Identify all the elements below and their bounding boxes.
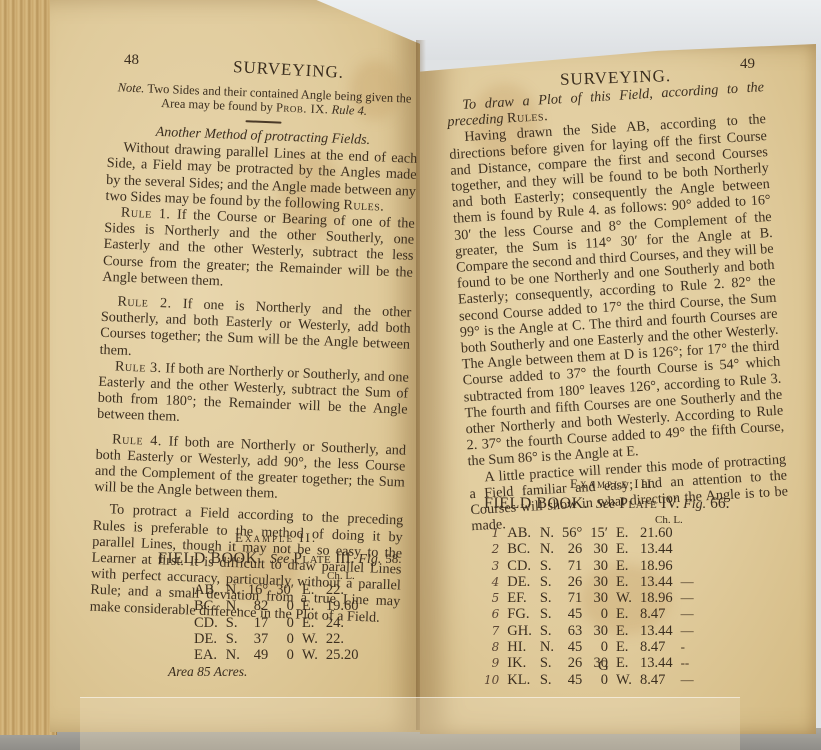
page-number: 48 bbox=[124, 52, 139, 69]
area-note: Area 85 Acres. bbox=[168, 664, 247, 680]
table-row: 8HI.N.450E.8.47- bbox=[480, 639, 698, 655]
table-row: 10KL.S.450W.8.47— bbox=[480, 672, 698, 688]
intro-paragraph: Without drawing parallel Lines at the en… bbox=[105, 139, 417, 216]
table-row: 1AB.N.56°15′E.21.60 bbox=[480, 525, 698, 541]
rule-2: Rule 2. If one is Northerly and the othe… bbox=[99, 293, 411, 370]
paragraph-1: Having drawn the Side AB, according to t… bbox=[448, 111, 786, 470]
column-header: Ch. L. bbox=[327, 570, 355, 582]
table-row: EA.N.490W.25.20 bbox=[190, 647, 362, 663]
example-title: Example III. bbox=[570, 476, 658, 492]
example-title: Example II. bbox=[235, 530, 317, 546]
printer-signature: G bbox=[598, 658, 609, 675]
field-book-heading: FIELD BOOK. See Plate IV. Fig. 66. bbox=[484, 495, 729, 513]
table-row: 2BC.N.2630E.13.44 bbox=[480, 541, 698, 557]
table-row: 7GH.S.6330E.13.44— bbox=[480, 623, 698, 639]
field-book-heading: FIELD BOOK. See Plate III. Fig. 58. bbox=[158, 550, 401, 568]
scan-overlay-band bbox=[80, 697, 740, 750]
rule-3: Rule 3. If both are Northerly or Souther… bbox=[97, 358, 409, 435]
field-book-table: AB.N.16°30′E.22. BC.N.820E.19.60 CD.S.17… bbox=[190, 582, 362, 663]
rule-1: Rule 1. If the Course or Bearing of one … bbox=[102, 204, 415, 297]
table-row: 5EF.S.7130W.18.96— bbox=[480, 590, 698, 606]
table-row: CD.S.170E.24. bbox=[190, 615, 362, 631]
field-book-table: 1AB.N.56°15′E.21.60 2BC.N.2630E.13.44 3C… bbox=[480, 525, 698, 688]
table-row: BC.N.820E.19.60 bbox=[190, 598, 362, 614]
table-row: AB.N.16°30′E.22. bbox=[190, 582, 362, 598]
running-head: SURVEYING. bbox=[233, 57, 345, 83]
section-divider bbox=[245, 120, 281, 123]
book-fore-edge bbox=[0, 0, 57, 735]
table-row: 4DE.S.2630E.13.44— bbox=[480, 574, 698, 590]
table-row: 3CD.S.7130E.18.96 bbox=[480, 558, 698, 574]
table-row: 6FG.S.450E.8.47— bbox=[480, 606, 698, 622]
table-row: 9IK.S.2630E.13.44-- bbox=[480, 655, 698, 671]
right-text-body: To draw a Plot of this Field, according … bbox=[446, 79, 789, 535]
right-page: 49 SURVEYING. To draw a Plot of this Fie… bbox=[420, 44, 816, 734]
page-number: 49 bbox=[740, 56, 755, 73]
left-page: 48 SURVEYING. Note. Two Sides and their … bbox=[50, 0, 420, 732]
table-row: DE.S.370W.22. bbox=[190, 631, 362, 647]
rule-4: Rule 4. If both are Northerly or Souther… bbox=[94, 430, 406, 507]
